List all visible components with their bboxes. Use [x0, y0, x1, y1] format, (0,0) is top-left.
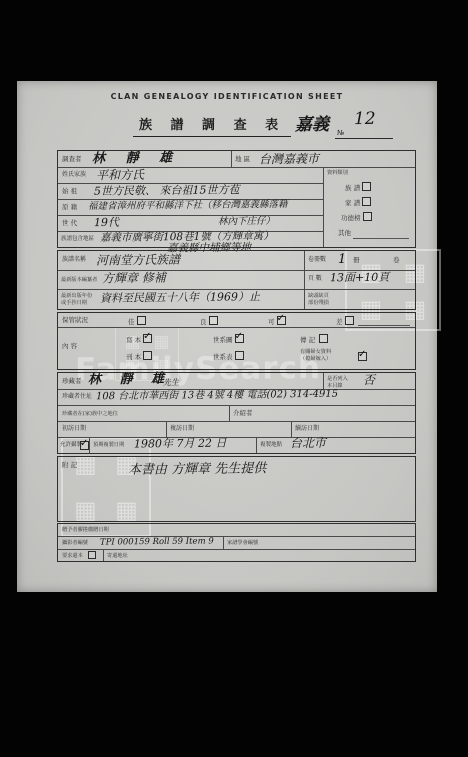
copy-place-value: 台北市 [290, 437, 326, 449]
condition-label: 保管狀況 [62, 317, 88, 324]
condition-poor-checkbox [345, 316, 354, 325]
second-visit-label: 複訪日期 [170, 426, 194, 433]
category-header: 資料類別 [327, 170, 348, 177]
volumes-value: 1 [338, 253, 346, 266]
notes-label: 附 記 [62, 462, 77, 469]
biography-checkbox [319, 334, 328, 343]
notes-value: 本書由 方輝章 先生提供 [128, 462, 266, 476]
pages-value: 13面+10頁 [330, 272, 389, 284]
number-label: № [337, 130, 344, 138]
condition-good: 佳 [128, 316, 146, 326]
pages-label: 頁 數 [308, 276, 322, 283]
condition-fine-checkbox [209, 316, 218, 325]
volume-unit-ce: 冊 [353, 257, 360, 264]
area-label: 地 區 [235, 156, 250, 163]
condition-fair: 可 [268, 316, 286, 326]
surveyor-label: 調查者 [62, 156, 82, 163]
copy-date-value: 1980年 7月 22 日 [134, 438, 227, 450]
content-lineage-table: 世系表 [213, 351, 244, 361]
photographer-number-label: 攝影者編號 [62, 540, 88, 547]
followup-visit-label: 續訪日期 [295, 426, 319, 433]
condition-fair-checkbox [277, 316, 286, 325]
holder-suffix: 先生 [163, 379, 179, 387]
microfilm-background: FamilySearch ▦▦ ▦▦ ▦▦ ▦▦ ▦▦ ▦▦ CLAN GENE… [0, 0, 468, 757]
number-underline [335, 138, 393, 139]
surveyor-value: 林 靜 雄 [92, 152, 180, 166]
holder-label: 珍藏者 [62, 378, 82, 385]
generations-label: 世 代 [62, 220, 77, 227]
condition-poor: 差 [336, 316, 354, 326]
scanned-form-page: FamilySearch ▦▦ ▦▦ ▦▦ ▦▦ ▦▦ ▦▦ CLAN GENE… [17, 81, 437, 592]
section-identity: 調查者 林 靜 雄 地 區 台灣嘉義市 姓氏家族 平和方氏 始 祖 5世方民敬、… [57, 150, 416, 248]
category-other-line [353, 238, 409, 239]
sheet-title-english: CLAN GENEALOGY IDENTIFICATION SHEET [17, 92, 437, 101]
lineage-chart-checkbox [235, 334, 244, 343]
condition-other-line [358, 325, 410, 326]
photographer-number-value: TPI 000159 Roll 59 Item 9 [100, 537, 214, 547]
content-lineage-chart: 世系圖 [213, 334, 244, 344]
women-data-checkbox [358, 352, 367, 361]
copy-date-label: 預期複製日期 [93, 442, 124, 449]
listed-in-catalog-value: 否 [363, 374, 375, 386]
latest-edition-date-value: 資料至民國五十八年（1969）止 [100, 291, 260, 304]
section-notes: 附 記 本書由 方輝章 先生提供 [57, 456, 416, 522]
latest-edition-date-label: 最新出版年份或手抄日期 [61, 293, 92, 306]
category-item-merit-list: 功德榜 [341, 212, 372, 222]
origin-value-line1: 福建省漳州府平和縣洋下社（移台灣嘉義縣落籍 [88, 200, 288, 212]
content-biography: 傳 記 [300, 334, 328, 344]
origin-label: 原 籍 [62, 204, 77, 211]
genealogy-checkbox [362, 182, 371, 191]
content-women-data-label: 有關婦女資料（媳婦嫁入） [300, 349, 331, 362]
clan-value: 平和方氏 [96, 169, 144, 182]
first-ancestor-label: 始 祖 [62, 188, 77, 195]
content-printed: 刊 本 [126, 351, 152, 361]
category-item-other: 其他 [338, 228, 351, 237]
missing-pages-label: 缺頭缺頁部份殘損 [308, 293, 329, 306]
section-book: 族譜名稱 河南堂方氏族譜 卷冊數 1 冊 卷 最新版本編纂者 方輝章 修補 頁 … [57, 250, 416, 310]
listed-in-catalog-label: 是否列入本目錄 [327, 376, 348, 389]
book-name-label: 族譜名稱 [62, 257, 86, 264]
book-name-value: 河南堂方氏族譜 [96, 254, 180, 267]
first-visit-label: 初訪日期 [62, 426, 86, 433]
area-value: 台灣嘉義市 [259, 153, 319, 166]
condition-good-checkbox [137, 316, 146, 325]
request-return-label: 要求還本 [62, 553, 83, 560]
holder-position-label: 珍藏者在(家)族中之地位 [62, 411, 118, 418]
section-condition-content: 保管狀況 佳 良 可 差 內 容 寫 本 刊 本 世系圖 世系表 傳 記 有關婦… [57, 312, 416, 370]
clan-label: 姓氏家族 [62, 172, 86, 179]
generations-value: 19代 [94, 217, 119, 228]
holder-value: 林 靜 雄 [88, 373, 171, 387]
printed-checkbox [143, 351, 152, 360]
content-label: 內 容 [62, 343, 77, 350]
request-return-checkbox [88, 551, 96, 559]
holder-address-value: 108 台北市華西街 13巷 4號 4樓 電話(02) 314-4915 [96, 390, 338, 403]
content-manuscript: 寫 本 [126, 334, 152, 344]
volume-unit-juan: 卷 [393, 257, 400, 264]
merit-list-checkbox [363, 212, 372, 221]
introducer-label: 介紹者 [233, 410, 253, 417]
category-item-genealogy: 族 譜 [345, 182, 371, 192]
sheet-title-chinese: 族 譜 調 查 表 [133, 114, 291, 137]
holder-address-label: 珍藏者住址 [62, 394, 92, 401]
volumes-label: 卷冊數 [308, 257, 326, 264]
category-item-family-register: 家 譜 [345, 197, 371, 207]
section-holder: 珍藏者 林 靜 雄 先生 是否列入本目錄 否 珍藏者住址 108 台北市華西街 … [57, 372, 416, 454]
editor-label: 最新版本編纂者 [61, 277, 97, 284]
region-handwritten: 嘉義 [295, 117, 329, 134]
donor-film-return-date-label: 贈予者膠捲繳贈日期 [62, 527, 109, 534]
family-register-checkbox [362, 197, 371, 206]
return-address-label: 寄還地址 [107, 553, 128, 560]
coverage-label: 族譜包含地區 [61, 236, 94, 242]
first-ancestor-value: 5世方民敬、 來台祖15世方苞 [94, 184, 240, 197]
section-office-use: 贈予者膠捲繳贈日期 攝影者編號 TPI 000159 Roll 59 Item … [57, 523, 416, 562]
manuscript-checkbox [143, 334, 152, 343]
copy-place-label: 複製地點 [260, 442, 282, 448]
filming-permitted-checkbox [80, 441, 89, 450]
number-handwritten: 12 [354, 111, 376, 128]
filming-permitted-label: 允許攝製 [60, 442, 82, 448]
society-number-label: 家譜學會編號 [227, 540, 258, 547]
editor-value: 方輝章 修補 [102, 272, 166, 285]
lineage-table-checkbox [235, 351, 244, 360]
origin-value-line2: 林內下庄仔） [218, 217, 275, 227]
condition-fine: 良 [200, 316, 218, 326]
